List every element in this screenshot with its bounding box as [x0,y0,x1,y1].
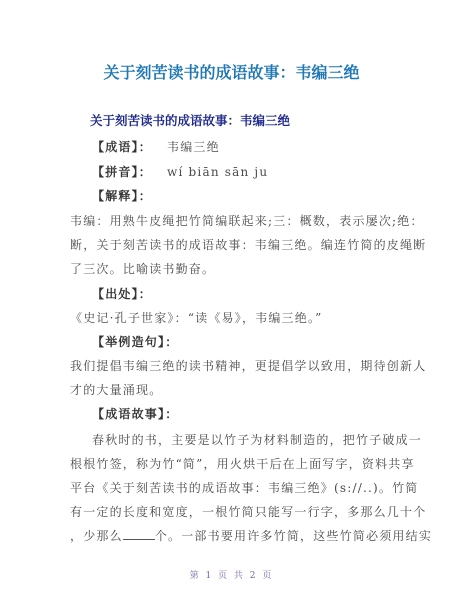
explanation-line: 断，关于刻苦读书的成语故事：韦编三绝。编连竹简的皮绳断 [70,236,426,253]
idiom-label: 【成语】： [92,140,152,154]
example-label: 【举例造句】： [92,335,178,349]
story-line: 根根竹签，称为竹“简”，用火烘干后在上面写字，资料共享 [70,455,415,472]
story-text: 个。一部书要用许多竹简，这些竹简必须用结实 [155,529,432,543]
section-heading: 关于刻苦读书的成语故事：韦编三绝 [90,111,290,129]
pinyin-row: 【拼音】： wí biān sān ju [92,163,268,180]
example-label-row: 【举例造句】： [92,333,178,350]
story-line: 有一定的长度和宽度，一根竹简只能写一行字，多那么几十个 [70,503,426,520]
story-line: 春秋时的书，主要是以竹子为材料制造的，把竹子破成一 [92,431,422,448]
blank-underline [123,529,155,540]
pinyin-label: 【拼音】： [92,165,152,179]
source-line: 《史记·孔子世家》：“读《易》，韦编三绝。” [70,309,323,326]
explanation-label-row: 【解释】： [92,187,152,204]
document-page: 关于刻苦读书的成语故事：韦编三绝 关于刻苦读书的成语故事：韦编三绝 【成语】： … [0,0,463,600]
story-text: ，少那么 [70,529,123,543]
pinyin-value: wí biān sān ju [167,165,268,179]
story-label: 【成语故事】： [92,407,178,421]
explanation-line: 韦编：用熟牛皮绳把竹简编联起来;三：概数，表示屡次;绝： [70,212,424,229]
source-label: 【出处】： [92,287,152,301]
explanation-line: 了三次。比喻读书勤奋。 [70,260,215,277]
page-number-footer: 第 1 页 共 2 页 [0,568,463,581]
story-line: ，少那么个。一部书要用许多竹简，这些竹简必须用结实 [70,527,432,544]
story-label-row: 【成语故事】： [92,405,178,422]
idiom-value: 韦编三绝 [167,140,220,154]
idiom-row: 【成语】： 韦编三绝 [92,138,220,155]
example-line: 我们提倡韦编三绝的读书精神，更提倡学以致用，期待创新人 [70,357,426,374]
story-line: 平台《关于刻苦读书的成语故事：韦编三绝》(s://..)。竹简 [70,479,418,496]
source-label-row: 【出处】： [92,285,152,302]
explanation-label: 【解释】： [92,189,152,203]
page-title: 关于刻苦读书的成语故事：韦编三绝 [0,60,463,83]
example-line: 才的大量涌现。 [70,381,162,398]
